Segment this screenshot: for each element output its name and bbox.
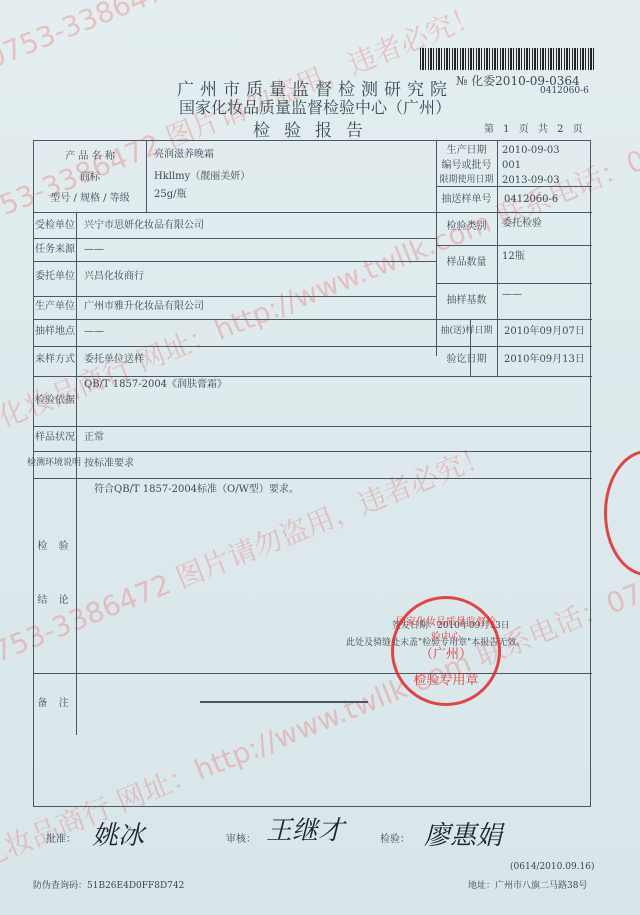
producer-value: 广州市雅升化妆品有限公司 — [84, 299, 204, 315]
inspection-seal: 国家化妆品质量监督检验中心 （广州） 检验专用章 — [391, 596, 501, 706]
product-name-value: 亮润滋养晚霜 — [154, 147, 214, 163]
table-rule — [76, 212, 77, 735]
table-rule — [34, 238, 436, 239]
address: 地址：广州市八旗二马路38号 — [468, 878, 587, 891]
category-label: 检验类别 — [436, 219, 497, 235]
batch-label: 编号或批号 — [436, 158, 497, 174]
brand-label: 商标 — [34, 170, 146, 186]
remarks-blank-line — [200, 701, 368, 703]
basis-label: 检验依据 — [34, 393, 76, 409]
review-signature: 王继才 — [266, 810, 344, 847]
prod-date-label: 生产日期 — [436, 143, 497, 159]
report-table: 产 品 名 称 商标 型号 / 规格 / 等级 亮润滋养晚霜 Hkllmy（靓丽… — [33, 140, 591, 807]
table-rule — [34, 319, 592, 320]
table-rule — [436, 245, 592, 246]
anti-fake-code: 防伪查询码：51B26E4D0FF8D742 — [33, 878, 184, 891]
sample-no-label: 抽送样单号 — [436, 192, 497, 208]
finish-date-label: 验讫日期 — [436, 352, 497, 368]
condition-value: 正常 — [84, 430, 104, 446]
conclusion-label-1: 检 验 — [34, 539, 76, 555]
table-rule — [436, 283, 592, 284]
form-code: (0614/2010.09.16) — [510, 862, 595, 872]
task-source-label: 任务来源 — [34, 242, 76, 258]
review-label: 审核： — [226, 830, 256, 845]
table-rule — [34, 346, 592, 347]
product-name-label: 产 品 名 称 — [34, 149, 146, 165]
category-value: 委托检验 — [502, 216, 542, 232]
inspected-unit-label: 受检单位 — [34, 218, 76, 234]
base-value: —— — [502, 287, 522, 303]
sample-date-value: 2010年09月07日 — [504, 324, 585, 340]
spec-value: 25g/瓶 — [154, 187, 187, 203]
table-rule — [34, 426, 592, 427]
finish-date-value: 2010年09月13日 — [504, 352, 585, 368]
client-value: 兴昌化妆商行 — [84, 269, 144, 285]
table-rule — [34, 296, 436, 297]
batch-value: 001 — [502, 158, 521, 174]
table-rule — [34, 212, 436, 213]
table-rule — [34, 478, 592, 479]
env-value: 按标准要求 — [84, 456, 134, 472]
sampling-place-value: —— — [84, 324, 104, 340]
quantity-label: 样品数量 — [436, 255, 497, 271]
document-title: 检验报告 — [170, 116, 460, 141]
base-label: 抽样基数 — [436, 293, 497, 309]
remarks-label: 备 注 — [34, 696, 76, 712]
sample-no-value: 0412060-6 — [504, 192, 558, 208]
sampling-place-label: 抽样地点 — [34, 324, 76, 340]
table-rule — [34, 451, 592, 452]
basis-value: QB/T 1857-2004《润肤膏霜》 — [84, 377, 227, 393]
producer-label: 生产单位 — [34, 299, 76, 315]
spec-label: 型号 / 规格 / 等级 — [34, 191, 146, 207]
conclusion-label-2: 结 论 — [34, 593, 76, 609]
page-indicator: 第 1 页 共 2 页 — [484, 120, 586, 135]
inspect-label: 检验： — [380, 830, 410, 845]
quantity-value: 12瓶 — [502, 249, 525, 265]
center-name: 国家化妆品质量监督检验中心（广州） — [170, 95, 460, 118]
table-rule — [497, 141, 498, 376]
expiry-value: 2013-09-03 — [502, 173, 560, 189]
expiry-label: 限期使用日期 — [436, 173, 497, 187]
seam-seal — [604, 450, 640, 576]
barcode — [420, 48, 594, 70]
condition-label: 样品状况 — [34, 430, 76, 446]
conclusion-value: 符合QB/T 1857-2004标准（O/W型）要求。 — [94, 482, 299, 498]
brand-value: Hkllmy（靓丽美妍） — [154, 169, 250, 185]
table-rule — [436, 212, 592, 213]
sample-date-label: 抽(送)样日期 — [436, 324, 497, 338]
task-source-value: —— — [84, 242, 104, 258]
inspected-unit-value: 兴宁市思妍化妆品有限公司 — [84, 218, 204, 234]
delivery-value: 委托单位送样 — [84, 352, 144, 368]
approve-signature: 姚冰 — [92, 815, 144, 852]
approve-label: 批准： — [46, 830, 76, 845]
table-rule — [34, 261, 436, 262]
sub-number: 0412060-6 — [540, 86, 589, 96]
prod-date-value: 2010-09-03 — [502, 143, 560, 159]
env-label: 检测环境说明 — [26, 456, 82, 470]
client-label: 委托单位 — [34, 269, 76, 285]
inspect-signature: 廖惠娟 — [424, 815, 502, 852]
delivery-label: 来样方式 — [34, 352, 76, 368]
table-rule — [146, 141, 147, 212]
table-rule — [34, 673, 592, 674]
